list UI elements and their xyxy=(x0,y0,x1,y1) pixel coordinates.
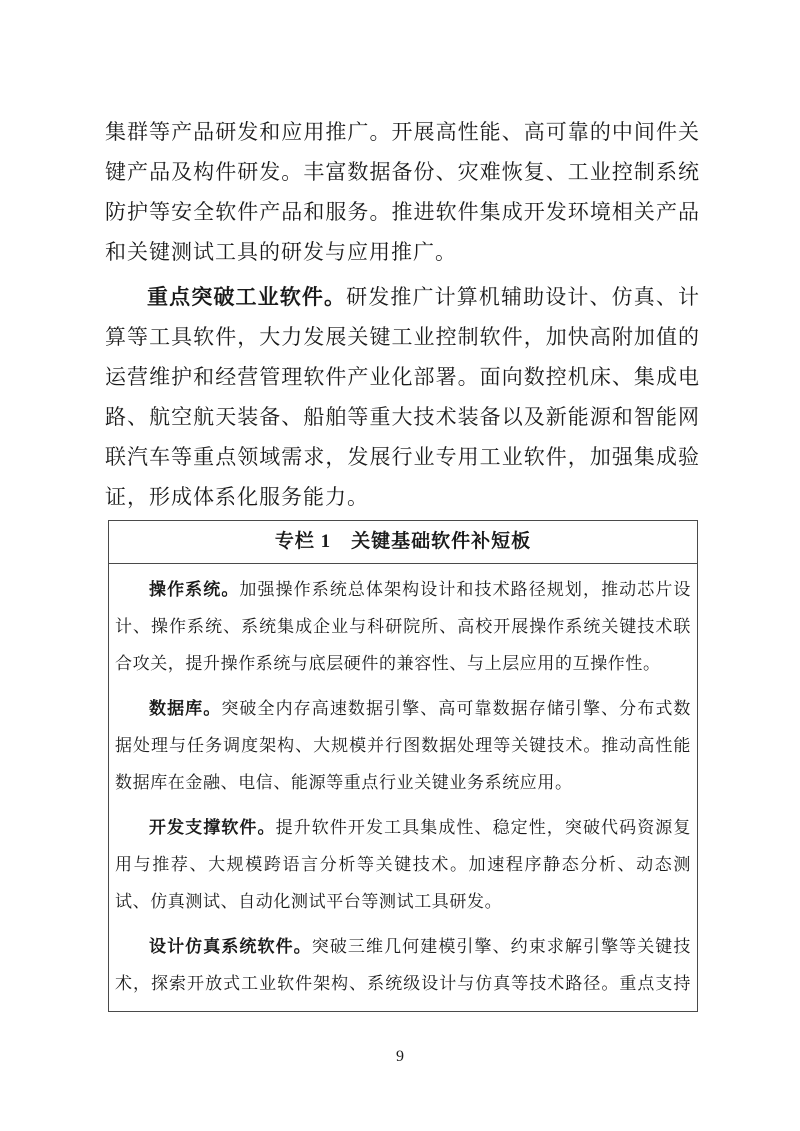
box-item-operating-system: 操作系统。加强操作系统总体架构设计和技术路径规划，推动芯片设计、操作系统、系统集… xyxy=(115,571,691,682)
page-content: 集群等产品研发和应用推广。开展高性能、高可靠的中间件关键产品及构件研发。丰富数据… xyxy=(0,0,800,1012)
box-item-bold-lead: 设计仿真系统软件。 xyxy=(149,937,312,956)
document-page: 集群等产品研发和应用推广。开展高性能、高可靠的中间件关键产品及构件研发。丰富数据… xyxy=(0,0,800,1131)
box-item-bold-lead: 开发支撑软件。 xyxy=(149,818,276,837)
box-item-database: 数据库。突破全内存高速数据引擎、高可靠数据存储引擎、分布式数据处理与任务调度架构… xyxy=(115,690,691,801)
paragraph-text: 集群等产品研发和应用推广。开展高性能、高可靠的中间件关键产品及构件研发。丰富数据… xyxy=(105,120,700,264)
box-item-bold-lead: 操作系统。 xyxy=(149,580,239,599)
box-item-bold-lead: 数据库。 xyxy=(149,699,221,718)
paragraph-continuation: 集群等产品研发和应用推广。开展高性能、高可靠的中间件关键产品及构件研发。丰富数据… xyxy=(105,112,700,272)
paragraph-text: 研发推广计算机辅助设计、仿真、计算等工具软件，大力发展关键工业控制软件，加快高附… xyxy=(105,285,700,509)
column-box-title: 专栏 1 关键基础软件补短板 xyxy=(109,521,697,564)
box-item-design-simulation-software: 设计仿真系统软件。突破三维几何建模引擎、约束求解引擎等关键技术，探索开放式工业软… xyxy=(115,928,691,1011)
box-item-dev-support-software: 开发支撑软件。提升软件开发工具集成性、稳定性，突破代码资源复用与推荐、大规模跨语… xyxy=(115,809,691,920)
paragraph-bold-lead: 重点突破工业软件。 xyxy=(147,285,346,309)
column-box-body: 操作系统。加强操作系统总体架构设计和技术路径规划，推动芯片设计、操作系统、系统集… xyxy=(109,564,697,1011)
paragraph-industrial-software: 重点突破工业软件。研发推广计算机辅助设计、仿真、计算等工具软件，大力发展关键工业… xyxy=(105,277,700,517)
page-number: 9 xyxy=(0,1048,800,1066)
column-box: 专栏 1 关键基础软件补短板 操作系统。加强操作系统总体架构设计和技术路径规划，… xyxy=(108,520,698,1012)
